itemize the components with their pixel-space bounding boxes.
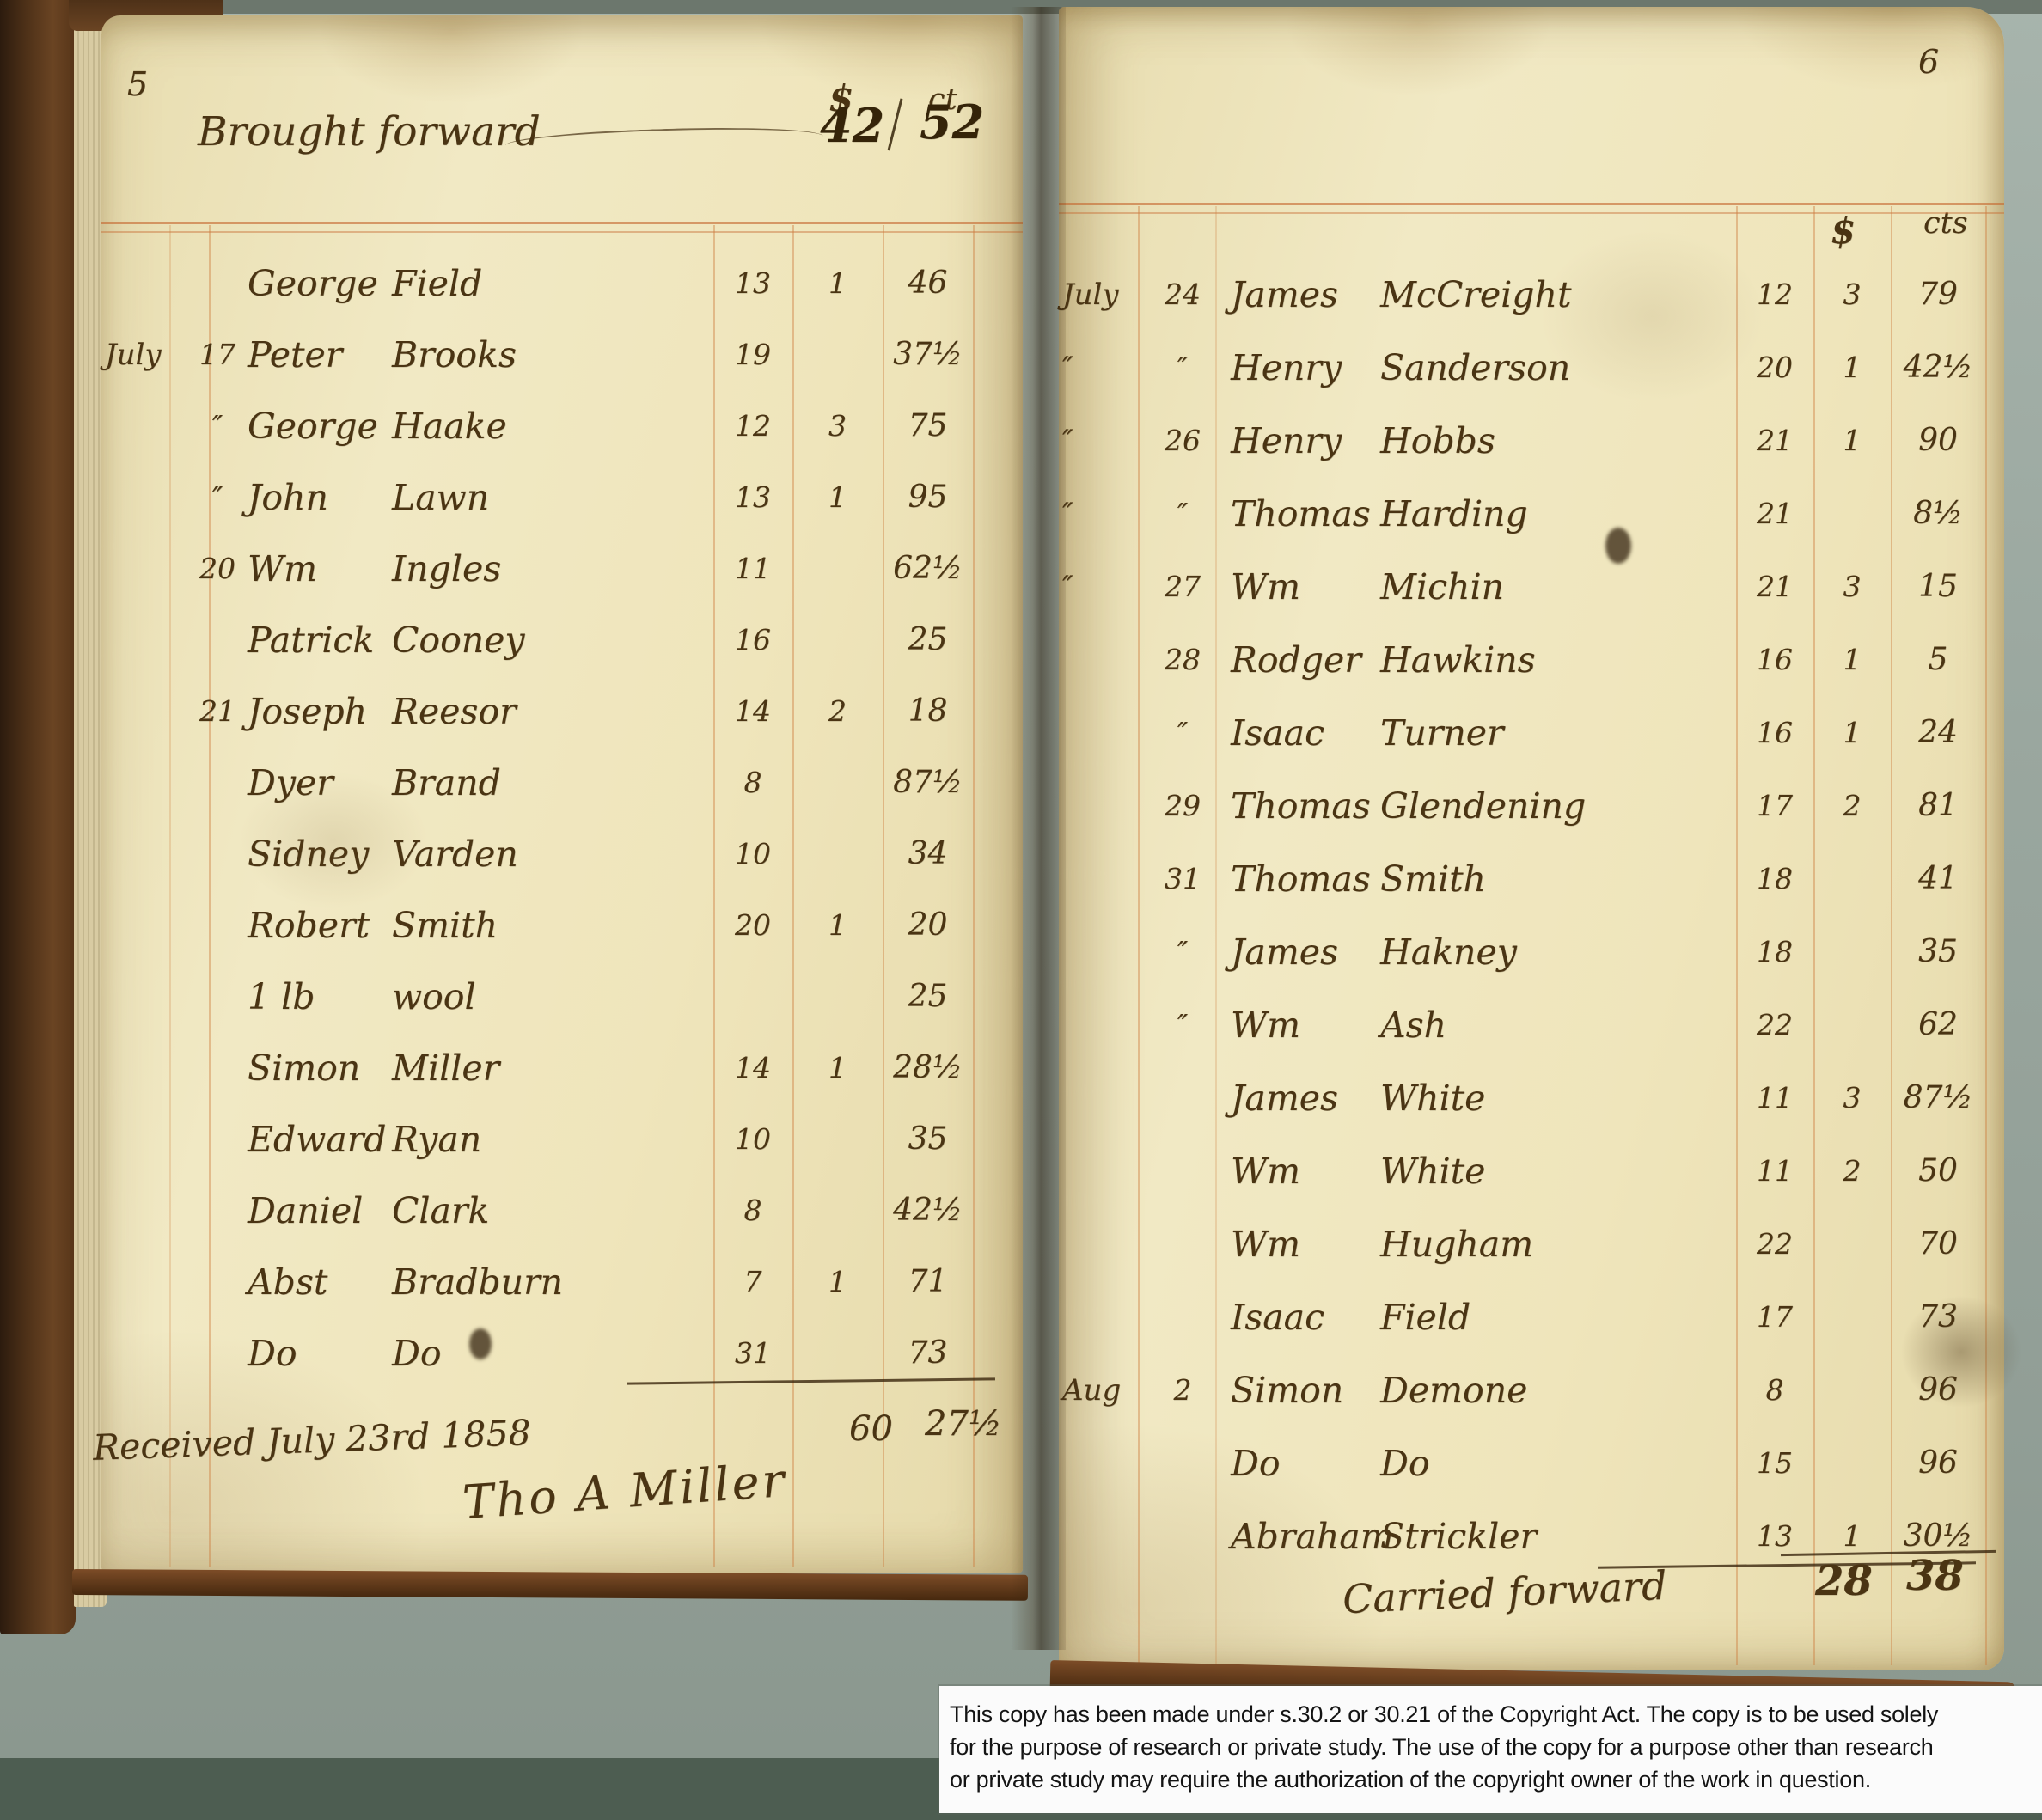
brought-forward-cents: 52 (920, 95, 984, 150)
entry-day: ″ (187, 409, 248, 443)
entry-given-name: 1 lb (248, 976, 315, 1017)
entry-given-name: Wm (1231, 1151, 1300, 1192)
entry-name: IsaacField (1220, 1297, 1736, 1338)
entry-day: 31 (1145, 862, 1220, 895)
entry-cents: 46 (883, 266, 973, 301)
ledger-row: ″ ″ ThomasHarding 21 8½ (1059, 477, 2004, 550)
entry-quantity: 12 (713, 409, 792, 443)
entry-day: ″ (1145, 935, 1220, 968)
ledger-row: 20 WmIngles 11 62½ (101, 533, 1023, 604)
entry-cents: 90 (1891, 423, 1985, 458)
entry-name: HenrySanderson (1220, 347, 1736, 388)
entry-surname: Sanderson (1380, 347, 1570, 388)
entry-name: WmHugham (1220, 1224, 1736, 1265)
entry-name: SimonMiller (248, 1047, 713, 1089)
entry-surname: McCreight (1380, 274, 1571, 315)
entry-quantity: 21 (1736, 424, 1813, 457)
entry-cents: 96 (1891, 1372, 1985, 1408)
entry-name: DanielClark (248, 1190, 713, 1231)
entry-surname: Haake (392, 406, 507, 447)
entry-given-name: Wm (1231, 1224, 1300, 1265)
pen-flourish (505, 124, 824, 159)
ledger-row: ″ WmAsh 22 62 (1059, 988, 2004, 1061)
entry-quantity: 8 (713, 766, 792, 799)
entry-surname: Reesor (392, 691, 517, 732)
ledger-row: GeorgeField 13 1 46 (101, 247, 1023, 319)
entry-surname: Ash (1380, 1005, 1446, 1046)
entry-given-name: Isaac (1231, 1297, 1324, 1338)
entry-given-name: Daniel (248, 1190, 363, 1231)
entry-cents: 20 (883, 907, 973, 943)
ledger-row: July 17 PeterBrooks 19 37½ (101, 319, 1023, 390)
entry-quantity: 20 (1736, 351, 1813, 384)
entry-day: ″ (1145, 351, 1220, 384)
entry-day: 20 (187, 552, 248, 585)
entry-cents: 35 (1891, 934, 1985, 969)
entry-name: WmIngles (248, 548, 713, 589)
entry-cents: 18 (883, 693, 973, 729)
ledger-row: SimonMiller 14 1 28½ (101, 1032, 1023, 1103)
ledger-row: 29 ThomasGlendening 17 2 81 (1059, 769, 2004, 842)
entry-surname: Do (392, 1333, 442, 1374)
entry-quantity: 13 (713, 266, 792, 300)
ledger-left-page: 5 $ ct Brought forward 42 52 GeorgeField… (101, 15, 1023, 1573)
ledger-row: ″ 26 HenryHobbs 21 1 90 (1059, 404, 2004, 477)
entry-surname: Field (392, 263, 482, 304)
ledger-row: 31 ThomasSmith 18 41 (1059, 842, 2004, 915)
entry-surname: Smith (1380, 858, 1486, 900)
entry-cents: 42½ (1891, 350, 1985, 385)
entry-surname: Michin (1380, 566, 1504, 608)
entry-month: July (101, 338, 187, 372)
ledger-row: 1 lbwool 25 (101, 961, 1023, 1032)
entry-dollars: 3 (792, 409, 883, 443)
entry-given-name: Edward (248, 1119, 387, 1160)
entry-name: RobertSmith (248, 905, 713, 946)
entry-quantity: 8 (713, 1194, 792, 1227)
entry-dollars: 2 (792, 694, 883, 728)
entry-name: GeorgeHaake (248, 406, 713, 447)
entry-surname: Varden (392, 834, 518, 875)
entry-quantity: 16 (713, 623, 792, 657)
entry-cents: 8½ (1891, 496, 1985, 531)
entry-cents: 79 (1891, 277, 1985, 312)
entry-quantity: 14 (713, 1051, 792, 1084)
entry-cents: 37½ (883, 337, 973, 372)
entry-name: SimonDemone (1220, 1370, 1736, 1411)
entry-name: DyerBrand (248, 762, 713, 803)
ledger-row: DanielClark 8 42½ (101, 1175, 1023, 1246)
page-number: 6 (1918, 43, 1939, 81)
entry-quantity: 31 (713, 1336, 792, 1370)
entry-surname: Turner (1380, 712, 1504, 754)
entry-name: HenryHobbs (1220, 420, 1736, 461)
entry-name: JamesHakney (1220, 931, 1736, 973)
entry-name: ThomasSmith (1220, 858, 1736, 900)
ledger-row: ″ IsaacTurner 16 1 24 (1059, 696, 2004, 769)
entry-quantity: 14 (713, 694, 792, 728)
pen-stroke (888, 99, 903, 151)
entry-surname: Smith (392, 905, 498, 946)
entry-dollars: 3 (1813, 278, 1891, 311)
ledger-rows-left: GeorgeField 13 1 46 July 17 PeterBrooks … (101, 247, 1023, 1389)
entry-name: JohnLawn (248, 477, 713, 518)
entry-given-name: Joseph (248, 691, 367, 732)
entry-day: 2 (1145, 1373, 1220, 1407)
entry-given-name: Isaac (1231, 712, 1324, 754)
entry-quantity: 7 (713, 1265, 792, 1298)
copyright-line: This copy has been made under s.30.2 or … (950, 1698, 2033, 1731)
carried-forward-label: Carried forward (1342, 1562, 1668, 1622)
entry-day: 17 (187, 338, 248, 371)
entry-name: RodgerHawkins (1220, 639, 1736, 681)
entry-cents: 73 (1891, 1299, 1985, 1334)
entry-dollars: 1 (1813, 716, 1891, 749)
entry-given-name: Thomas (1231, 493, 1371, 534)
received-cents: 27½ (925, 1404, 1002, 1444)
entry-day: 29 (1145, 789, 1220, 822)
entry-name: 1 lbwool (248, 976, 713, 1017)
entry-given-name: Do (1231, 1443, 1281, 1484)
entry-month: July (1059, 278, 1145, 312)
ledger-row: ″ JohnLawn 13 1 95 (101, 461, 1023, 533)
carried-forward-cents: 38 (1906, 1552, 1964, 1600)
entry-quantity: 11 (1736, 1081, 1813, 1115)
entry-month: ″ (1059, 570, 1145, 604)
entry-name: ThomasGlendening (1220, 785, 1736, 827)
copyright-line: for the purpose of research or private s… (950, 1731, 2033, 1763)
entry-quantity: 21 (1736, 497, 1813, 530)
carried-forward-line: Carried forward 28 38 (1059, 1545, 2004, 1640)
entry-given-name: Robert (248, 905, 370, 946)
entry-quantity: 12 (1736, 278, 1813, 311)
entry-surname: Glendening (1380, 785, 1586, 827)
entry-dollars: 1 (1813, 351, 1891, 384)
entry-surname: Field (1380, 1297, 1470, 1338)
ledger-row: JamesWhite 11 3 87½ (1059, 1061, 2004, 1134)
entry-cents: 41 (1891, 861, 1985, 896)
entry-cents: 73 (883, 1335, 973, 1371)
entry-cents: 25 (883, 979, 973, 1014)
entry-dollars: 3 (1813, 1081, 1891, 1115)
copyright-notice: This copy has been made under s.30.2 or … (939, 1686, 2042, 1813)
entry-dollars: 1 (1813, 643, 1891, 676)
entry-surname: Hakney (1380, 931, 1517, 973)
entry-given-name: James (1231, 931, 1338, 973)
entry-given-name: George (248, 263, 378, 304)
entry-quantity: 20 (713, 908, 792, 942)
entry-day: ″ (187, 480, 248, 514)
entry-quantity: 22 (1736, 1008, 1813, 1041)
entry-given-name: Peter (248, 334, 342, 376)
book-gutter-shadow (1011, 7, 1066, 1650)
entry-day: ″ (1145, 1008, 1220, 1041)
ledger-right-page: 6 $ cts July 24 JamesMcCreight 12 3 79 ″… (1059, 7, 2004, 1670)
entry-name: GeorgeField (248, 263, 713, 304)
ledger-row: DoDo 15 96 (1059, 1426, 2004, 1499)
ink-blot (1605, 528, 1631, 564)
entry-name: WmMichin (1220, 566, 1736, 608)
entry-quantity: 18 (1736, 862, 1813, 895)
entry-dollars: 1 (1813, 424, 1891, 457)
entry-surname: wool (392, 976, 476, 1017)
entry-cents: 35 (883, 1121, 973, 1157)
ledger-row: WmHugham 22 70 (1059, 1207, 2004, 1280)
page-number: 5 (127, 65, 148, 103)
entry-month: ″ (1059, 497, 1145, 531)
entry-dollars: 1 (792, 480, 883, 514)
entry-month: Aug (1059, 1373, 1145, 1408)
ledger-row: ″ JamesHakney 18 35 (1059, 915, 2004, 988)
entry-cents: 96 (1891, 1445, 1985, 1481)
entry-quantity: 16 (1736, 716, 1813, 749)
entry-dollars: 1 (792, 266, 883, 300)
entry-quantity: 19 (713, 338, 792, 371)
entry-quantity: 10 (713, 837, 792, 870)
entry-quantity: 16 (1736, 643, 1813, 676)
entry-cents: 62 (1891, 1007, 1985, 1042)
entry-surname: Hawkins (1380, 639, 1536, 681)
entry-name: JosephReesor (248, 691, 713, 732)
ledger-row: IsaacField 17 73 (1059, 1280, 2004, 1353)
entry-dollars: 2 (1813, 1154, 1891, 1188)
entry-surname: Ingles (392, 548, 501, 589)
ledger-row: ″ 27 WmMichin 21 3 15 (1059, 550, 2004, 623)
entry-name: WmAsh (1220, 1005, 1736, 1046)
entry-name: IsaacTurner (1220, 712, 1736, 754)
ledger-row: 21 JosephReesor 14 2 18 (101, 675, 1023, 747)
ledger-row: July 24 JamesMcCreight 12 3 79 (1059, 258, 2004, 331)
ledger-row: WmWhite 11 2 50 (1059, 1134, 2004, 1207)
entry-quantity: 10 (713, 1122, 792, 1156)
entry-given-name: Simon (1231, 1370, 1343, 1411)
entry-cents: 24 (1891, 715, 1985, 750)
entry-given-name: Sidney (248, 834, 369, 875)
entry-surname: White (1380, 1078, 1485, 1119)
entry-given-name: Thomas (1231, 858, 1371, 900)
ledger-row: AbstBradburn 7 1 71 (101, 1246, 1023, 1317)
carried-forward-dollars: 28 (1815, 1557, 1873, 1605)
entry-quantity: 11 (1736, 1154, 1813, 1188)
entry-day: ″ (1145, 716, 1220, 749)
entry-name: ThomasHarding (1220, 493, 1736, 534)
entry-day: 27 (1145, 570, 1220, 603)
entry-month: ″ (1059, 351, 1145, 385)
entry-day: 24 (1145, 278, 1220, 311)
header-rule (1059, 203, 2004, 214)
entry-dollars: 1 (792, 908, 883, 942)
ledger-row: SidneyVarden 10 34 (101, 818, 1023, 889)
entry-quantity: 8 (1736, 1373, 1813, 1407)
book-bottom-edge-left (72, 1569, 1028, 1601)
entry-given-name: John (248, 477, 328, 518)
entry-name: DoDo (1220, 1443, 1736, 1484)
entry-name: AbstBradburn (248, 1261, 713, 1303)
entry-surname: White (1380, 1151, 1485, 1192)
entry-name: JamesWhite (1220, 1078, 1736, 1119)
received-label: Received July 23rd 1858 (92, 1412, 531, 1469)
entry-day: 21 (187, 694, 248, 728)
entry-cents: 70 (1891, 1226, 1985, 1261)
entry-given-name: James (1231, 1078, 1338, 1119)
dollar-column-symbol: $ (1831, 210, 1856, 252)
entry-surname: Hobbs (1380, 420, 1495, 461)
entry-quantity: 17 (1736, 789, 1813, 822)
entry-cents: 5 (1891, 642, 1985, 677)
ledger-row: PatrickCooney 16 25 (101, 604, 1023, 675)
brought-forward-dollars: 42 (820, 98, 884, 153)
entry-surname: Brooks (392, 334, 517, 376)
ledger-row: ″ ″ HenrySanderson 20 1 42½ (1059, 331, 2004, 404)
entry-name: EdwardRyan (248, 1119, 713, 1160)
entry-given-name: Simon (248, 1047, 360, 1089)
entry-quantity: 11 (713, 552, 792, 585)
entry-name: SidneyVarden (248, 834, 713, 875)
entry-surname: Bradburn (392, 1261, 563, 1303)
entry-surname: Demone (1380, 1370, 1527, 1411)
received-dollars: 60 (849, 1409, 893, 1449)
ledger-row: DoDo 31 73 (101, 1317, 1023, 1389)
entry-month: ″ (1059, 424, 1145, 458)
entry-dollars: 1 (792, 1051, 883, 1084)
ledger-row: Aug 2 SimonDemone 8 96 (1059, 1353, 2004, 1426)
entry-cents: 87½ (1891, 1080, 1985, 1115)
entry-cents: 81 (1891, 788, 1985, 823)
entry-dollars: 2 (1813, 789, 1891, 822)
entry-quantity: 22 (1736, 1227, 1813, 1261)
entry-dollars: 1 (792, 1265, 883, 1298)
ledger-row: ″ GeorgeHaake 12 3 75 (101, 390, 1023, 461)
entry-given-name: Rodger (1231, 639, 1361, 681)
entry-surname: Miller (392, 1047, 499, 1089)
entry-name: WmWhite (1220, 1151, 1736, 1192)
entry-surname: Cooney (392, 620, 525, 661)
entry-given-name: Patrick (248, 620, 374, 661)
header-rule (101, 222, 1023, 233)
entry-given-name: Dyer (248, 762, 333, 803)
entry-cents: 15 (1891, 569, 1985, 604)
received-line: Received July 23rd 1858 60 27½ (93, 1404, 1004, 1478)
entry-cents: 75 (883, 408, 973, 443)
entry-given-name: George (248, 406, 378, 447)
entry-cents: 71 (883, 1264, 973, 1299)
entry-given-name: Wm (1231, 1005, 1300, 1046)
copyright-line: or private study may require the authori… (950, 1763, 2033, 1796)
entry-day: ″ (1145, 497, 1220, 530)
entry-surname: Hugham (1380, 1224, 1533, 1265)
entry-cents: 25 (883, 622, 973, 657)
entry-cents: 87½ (883, 765, 973, 800)
entry-quantity: 13 (713, 480, 792, 514)
entry-name: PeterBrooks (248, 334, 713, 376)
entry-given-name: Wm (248, 548, 317, 589)
entry-given-name: Henry (1231, 347, 1342, 388)
entry-surname: Brand (392, 762, 501, 803)
ledger-rows-right: July 24 JamesMcCreight 12 3 79 ″ ″ Henry… (1059, 258, 2004, 1573)
entry-given-name: Abst (248, 1261, 327, 1303)
ledger-row: 28 RodgerHawkins 16 1 5 (1059, 623, 2004, 696)
entry-surname: Ryan (392, 1119, 481, 1160)
entry-cents: 28½ (883, 1050, 973, 1085)
book-spine-leather (0, 0, 76, 1634)
entry-quantity: 17 (1736, 1300, 1813, 1334)
entry-surname: Harding (1380, 493, 1528, 534)
entry-day: 26 (1145, 424, 1220, 457)
entry-surname: Lawn (392, 477, 489, 518)
entry-surname: Do (1380, 1443, 1430, 1484)
ledger-row: EdwardRyan 10 35 (101, 1103, 1023, 1175)
entry-cents: 34 (883, 836, 973, 871)
entry-quantity: 15 (1736, 1446, 1813, 1480)
ledger-row: DyerBrand 8 87½ (101, 747, 1023, 818)
entry-quantity: 18 (1736, 935, 1813, 968)
entry-given-name: Thomas (1231, 785, 1371, 827)
entry-given-name: Do (248, 1333, 297, 1374)
brought-forward-label: Brought forward (198, 108, 541, 156)
ledger-row: RobertSmith 20 1 20 (101, 889, 1023, 961)
entry-given-name: James (1231, 274, 1338, 315)
entry-cents: 95 (883, 479, 973, 515)
entry-quantity: 21 (1736, 570, 1813, 603)
entry-name: JamesMcCreight (1220, 274, 1736, 315)
entry-cents: 62½ (883, 551, 973, 586)
entry-cents: 42½ (883, 1193, 973, 1228)
entry-given-name: Henry (1231, 420, 1342, 461)
entry-day: 28 (1145, 643, 1220, 676)
entry-dollars: 3 (1813, 570, 1891, 603)
entry-name: PatrickCooney (248, 620, 713, 661)
entry-cents: 50 (1891, 1153, 1985, 1188)
ink-blot (469, 1328, 492, 1359)
entry-surname: Clark (392, 1190, 489, 1231)
entry-given-name: Wm (1231, 566, 1300, 608)
